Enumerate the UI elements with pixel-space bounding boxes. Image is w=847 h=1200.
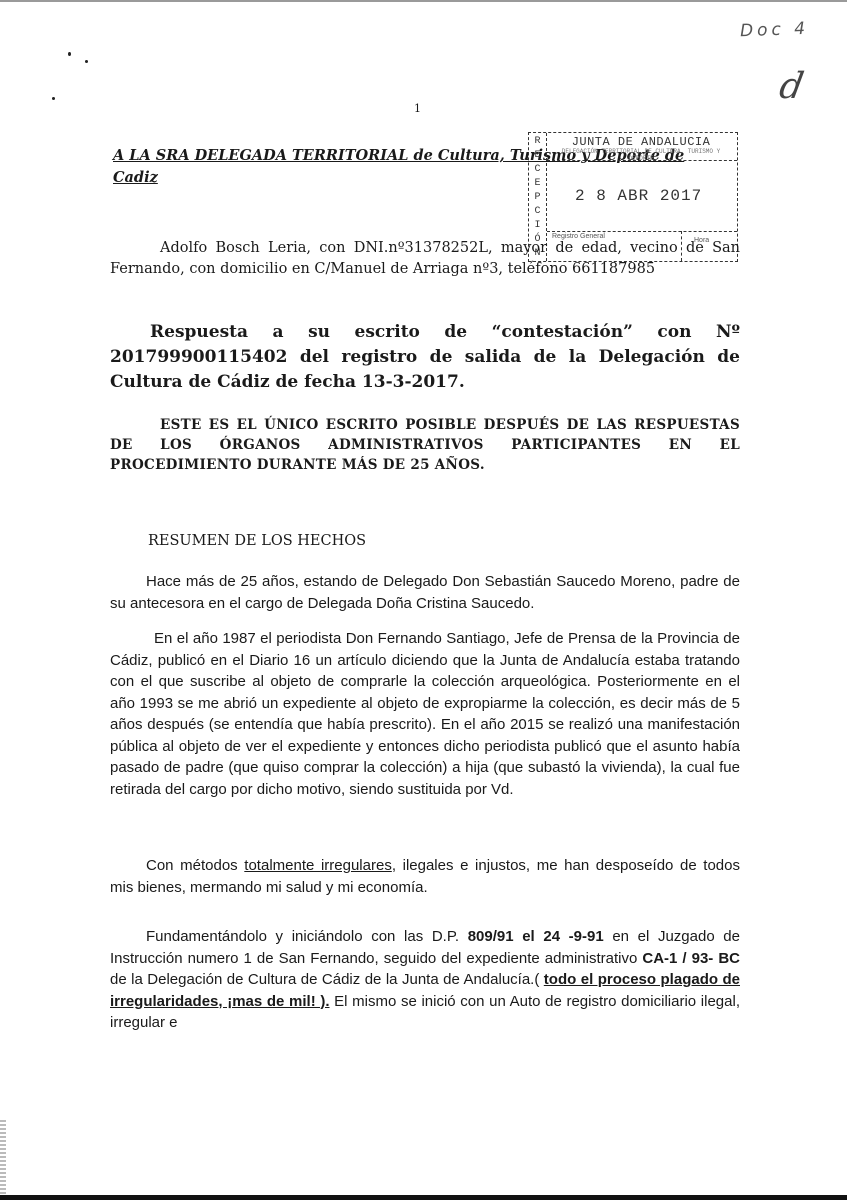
scan-bottom-edge (0, 1195, 847, 1200)
scan-speck (68, 52, 71, 56)
scanned-document-page: Doc 4 d 1 A LA SRA DELEGADA TERRITORIAL … (0, 0, 847, 1200)
stamp-divider (547, 231, 737, 232)
scan-speck (52, 97, 55, 100)
scan-speck (85, 60, 88, 63)
body-paragraph: Hace más de 25 años, estando de Delegado… (110, 571, 740, 614)
scan-left-edge-shadow (0, 1120, 6, 1195)
stamp-divider (547, 160, 737, 161)
case-reference: 809/91 el 24 -9-91 (468, 928, 604, 945)
underlined-emphasis: totalmente irregulares (244, 857, 392, 874)
scan-top-edge (0, 0, 847, 2)
body-paragraph: Fundamentándolo y iniciándolo con las D.… (110, 926, 740, 1034)
section-heading: RESUMEN DE LOS HECHOS (148, 533, 366, 549)
subject-paragraph: Respuesta a su escrito de “contestación”… (110, 320, 740, 395)
stamp-organization: JUNTA DE ANDALUCIA (551, 135, 731, 149)
file-reference: CA-1 / 93- BC (642, 950, 740, 967)
notice-paragraph: ESTE ES EL ÚNICO ESCRITO POSIBLE DESPUÉS… (110, 415, 740, 475)
stamp-date: 2 8 ABR 2017 (575, 187, 702, 205)
sender-identity-paragraph: Adolfo Bosch Leria, con DNI.nº31378252L,… (110, 238, 740, 280)
handwritten-initial: d (776, 66, 806, 107)
body-paragraph: En el año 1987 el periodista Don Fernand… (110, 628, 740, 800)
handwritten-document-code: Doc 4 (740, 19, 810, 41)
page-number: 1 (414, 102, 421, 115)
body-paragraph: Con métodos totalmente irregulares, ileg… (110, 855, 740, 898)
